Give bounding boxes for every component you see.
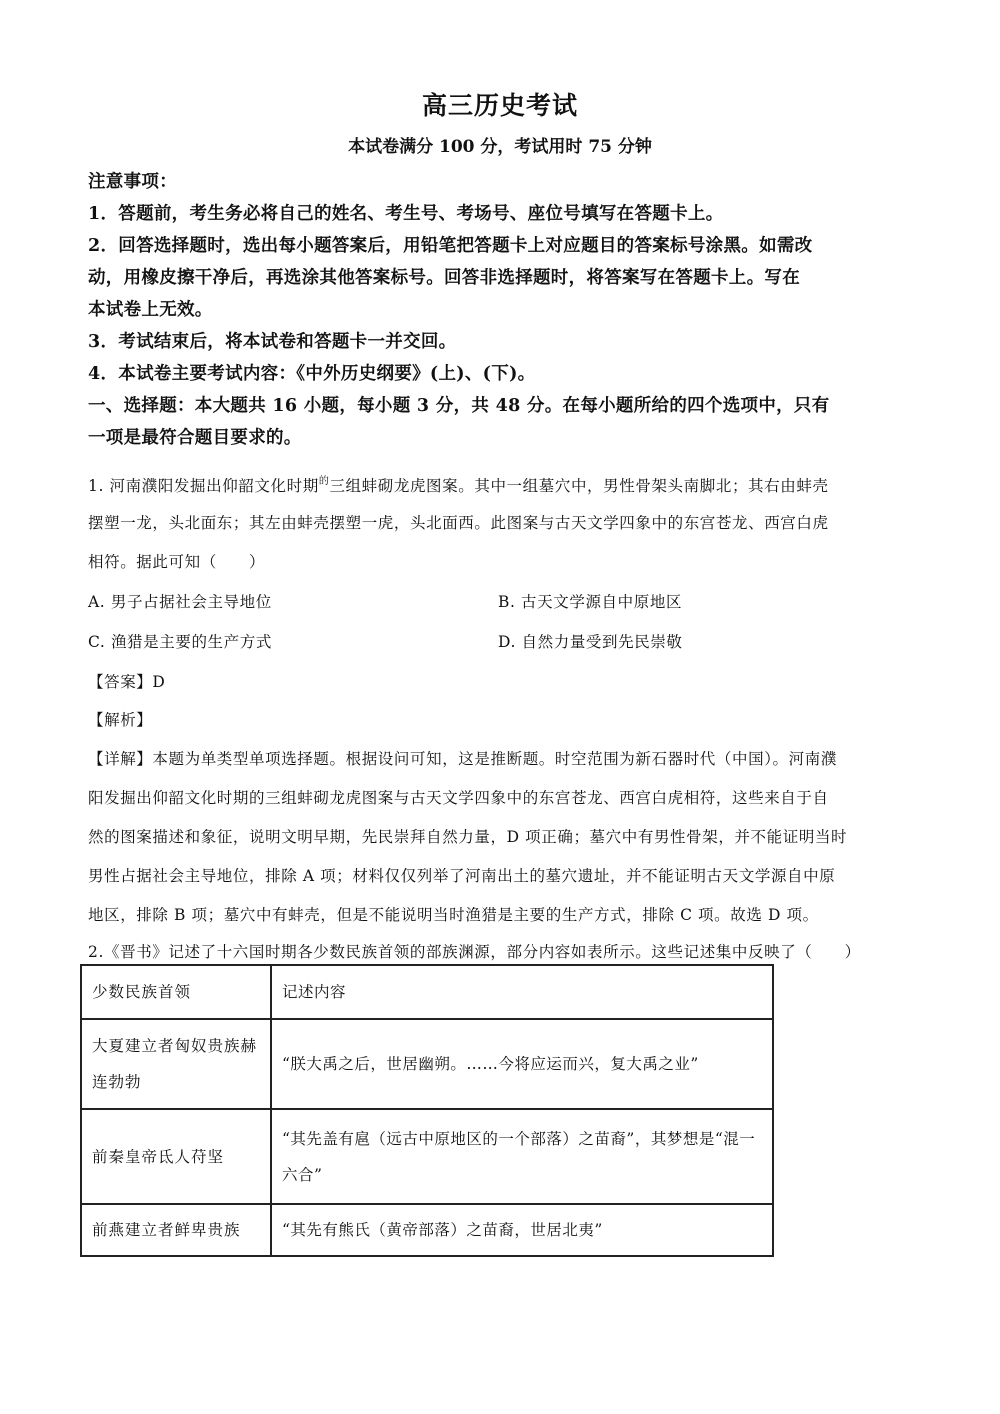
detail-line: 男性占据社会主导地位，排除 A 项；材料仅仅列举了河南出土的墓穴遗址，并不能证明… [88,864,835,886]
table-row: 前燕建立者鲜卑贵族 “其先有熊氏（黄帝部落）之苗裔，世居北夷” [81,1204,773,1256]
question-stem: 2.《晋书》记述了十六国时期各少数民族首领的部族渊源，部分内容如表所示。这些记述… [88,940,861,962]
section-heading: 一项是最符合题目要求的。 [88,424,302,449]
table-cell: “其先有熊氏（黄帝部落）之苗裔，世居北夷” [271,1204,773,1256]
table-cell: 前燕建立者鲜卑贵族 [81,1204,271,1256]
option-a: A. 男子占据社会主导地位 [88,590,272,612]
table-cell: 大夏建立者匈奴贵族赫连勃勃 [81,1019,271,1109]
table-header-cell: 记述内容 [271,965,773,1019]
detail-line: 地区，排除 B 项；墓穴中有蚌壳，但是不能说明当时渔猎是主要的生产方式，排除 C… [88,903,819,925]
answer: 【答案】D [88,670,165,692]
stem-superscript: 的 [319,476,330,487]
question-stem: 1. 河南濮阳发掘出仰韶文化时期的三组蚌砌龙虎图案。其中一组墓穴中，男性骨架头南… [88,472,829,496]
table-row: 前秦皇帝氐人苻坚 “其先盖有扈（远古中原地区的一个部落）之苗裔”，其梦想是“混一… [81,1109,773,1204]
notice-item: 1．答题前，考生务必将自己的姓名、考生号、考场号、座位号填写在答题卡上。 [88,200,723,225]
option-b: B. 古天文学源自中原地区 [498,590,682,612]
table-cell: 前秦皇帝氐人苻坚 [81,1109,271,1204]
notice-item: 3．考试结束后，将本试卷和答题卡一并交回。 [88,328,456,353]
notice-item: 本试卷上无效。 [88,296,213,321]
detail-line: 【详解】本题为单类型单项选择题。根据设问可知，这是推断题。时空范围为新石器时代（… [88,747,837,769]
notice-item: 2．回答选择题时，选出每小题答案后，用铅笔把答题卡上对应题目的答案标号涂黑。如需… [88,232,812,257]
option-d: D. 自然力量受到先民崇敬 [498,630,683,652]
notice-heading: 注意事项： [88,168,177,193]
option-c: C. 渔猎是主要的生产方式 [88,630,272,652]
stem-text: 1. 河南濮阳发掘出仰韶文化时期 [88,477,319,495]
section-heading: 一、选择题：本大题共 16 小题，每小题 3 分，共 48 分。在每小题所给的四… [88,392,830,417]
detail-line: 阳发掘出仰韶文化时期的三组蚌砌龙虎图案与古天文学四象中的东宫苍龙、西宫白虎相符，… [88,786,829,808]
source-table: 少数民族首领 记述内容 大夏建立者匈奴贵族赫连勃勃 “朕大禹之后，世居幽朔。……… [80,964,774,1257]
detail-line: 然的图案描述和象征，说明文明早期，先民崇拜自然力量，D 项正确；墓穴中有男性骨架… [88,825,847,847]
table-header-cell: 少数民族首领 [81,965,271,1019]
question-stem: 相符。据此可知（ ） [88,550,265,572]
table-header-row: 少数民族首领 记述内容 [81,965,773,1019]
notice-item: 4．本试卷主要考试内容：《中外历史纲要》(上)、(下)。 [88,360,535,385]
question-stem: 摆塑一龙，头北面东；其左由蚌壳摆塑一虎，头北面西。此图案与古天文学四象中的东宫苍… [88,511,829,533]
notice-item: 动，用橡皮擦干净后，再选涂其他答案标号。回答非选择题时，将答案写在答题卡上。写在 [88,264,800,289]
table-cell: “朕大禹之后，世居幽朔。……今将应运而兴，复大禹之业” [271,1019,773,1109]
stem-text: 三组蚌砌龙虎图案。其中一组墓穴中，男性骨架头南脚北；其右由蚌壳 [329,477,828,495]
table-row: 大夏建立者匈奴贵族赫连勃勃 “朕大禹之后，世居幽朔。……今将应运而兴，复大禹之业… [81,1019,773,1109]
table-cell: “其先盖有扈（远古中原地区的一个部落）之苗裔”，其梦想是“混一六合” [271,1109,773,1204]
analysis-label: 【解析】 [88,708,152,730]
page-title: 高三历史考试 [0,86,1000,122]
exam-info: 本试卷满分 100 分，考试用时 75 分钟 [0,132,1000,157]
